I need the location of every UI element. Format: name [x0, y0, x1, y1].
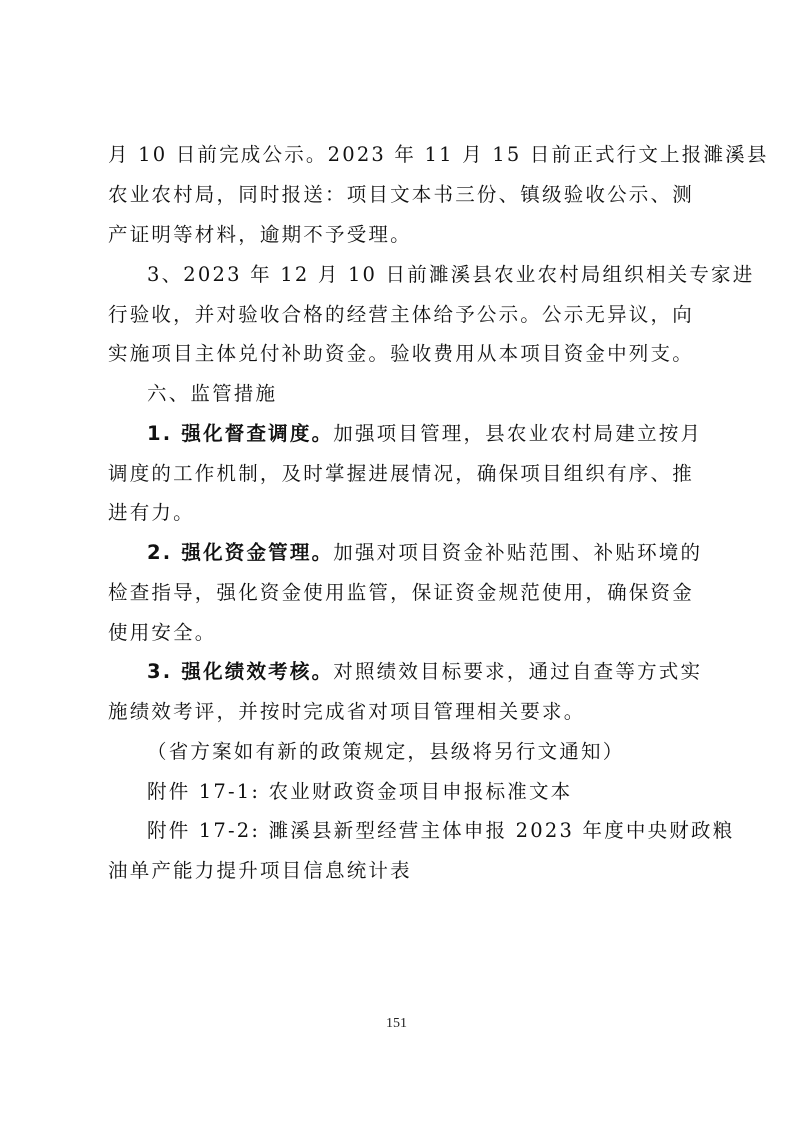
- paragraph-line: 3、2023 年 12 月 10 日前濉溪县农业农村局组织相关专家进: [147, 262, 688, 288]
- note-line: （省方案如有新的政策规定，县级将另行文通知）: [147, 739, 688, 765]
- paragraph-line: 行验收，并对验收合格的经营主体给予公示。公示无异议，向: [108, 302, 688, 328]
- paragraph-line: 农业农村局，同时报送：项目文本书三份、镇级验收公示、测: [108, 182, 688, 208]
- attachment-17-2: 附件 17-2: 濉溪县新型经营主体申报 2023 年度中央财政粮: [147, 818, 688, 844]
- measure-item-3: 3. 强化绩效考核。对照绩效目标要求，通过自查等方式实: [147, 659, 688, 685]
- measure-title: 1. 强化督查调度。: [147, 422, 333, 445]
- paragraph-line: 进有力。: [108, 500, 688, 526]
- paragraph-line: 实施项目主体兑付补助资金。验收费用从本项目资金中列支。: [108, 341, 688, 367]
- measure-text: 加强项目管理，县农业农村局建立按月: [333, 422, 702, 445]
- measure-text: 对照绩效目标要求，通过自查等方式实: [333, 660, 702, 683]
- page-number: 151: [0, 1016, 793, 1032]
- section-heading: 六、监管措施: [147, 381, 688, 407]
- paragraph-line: 检查指导，强化资金使用监管，保证资金规范使用，确保资金: [108, 580, 688, 606]
- paragraph-line: 产证明等材料，逾期不予受理。: [108, 222, 688, 248]
- measure-title: 2. 强化资金管理。: [147, 541, 333, 564]
- attachment-17-1: 附件 17-1: 农业财政资金项目申报标准文本: [147, 779, 688, 805]
- measure-text: 加强对项目资金补贴范围、补贴环境的: [333, 541, 702, 564]
- measure-title: 3. 强化绩效考核。: [147, 660, 333, 683]
- measure-item-1: 1. 强化督查调度。加强项目管理，县农业农村局建立按月: [147, 421, 688, 447]
- paragraph-line: 油单产能力提升项目信息统计表: [108, 858, 688, 884]
- document-page: 月 10 日前完成公示。2023 年 11 月 15 日前正式行文上报濉溪县 农…: [0, 0, 793, 1122]
- paragraph-line: 月 10 日前完成公示。2023 年 11 月 15 日前正式行文上报濉溪县: [108, 142, 688, 168]
- paragraph-line: 施绩效考评，并按时完成省对项目管理相关要求。: [108, 699, 688, 725]
- measure-item-2: 2. 强化资金管理。加强对项目资金补贴范围、补贴环境的: [147, 540, 688, 566]
- paragraph-line: 使用安全。: [108, 620, 688, 646]
- paragraph-line: 调度的工作机制，及时掌握进展情况，确保项目组织有序、推: [108, 461, 688, 487]
